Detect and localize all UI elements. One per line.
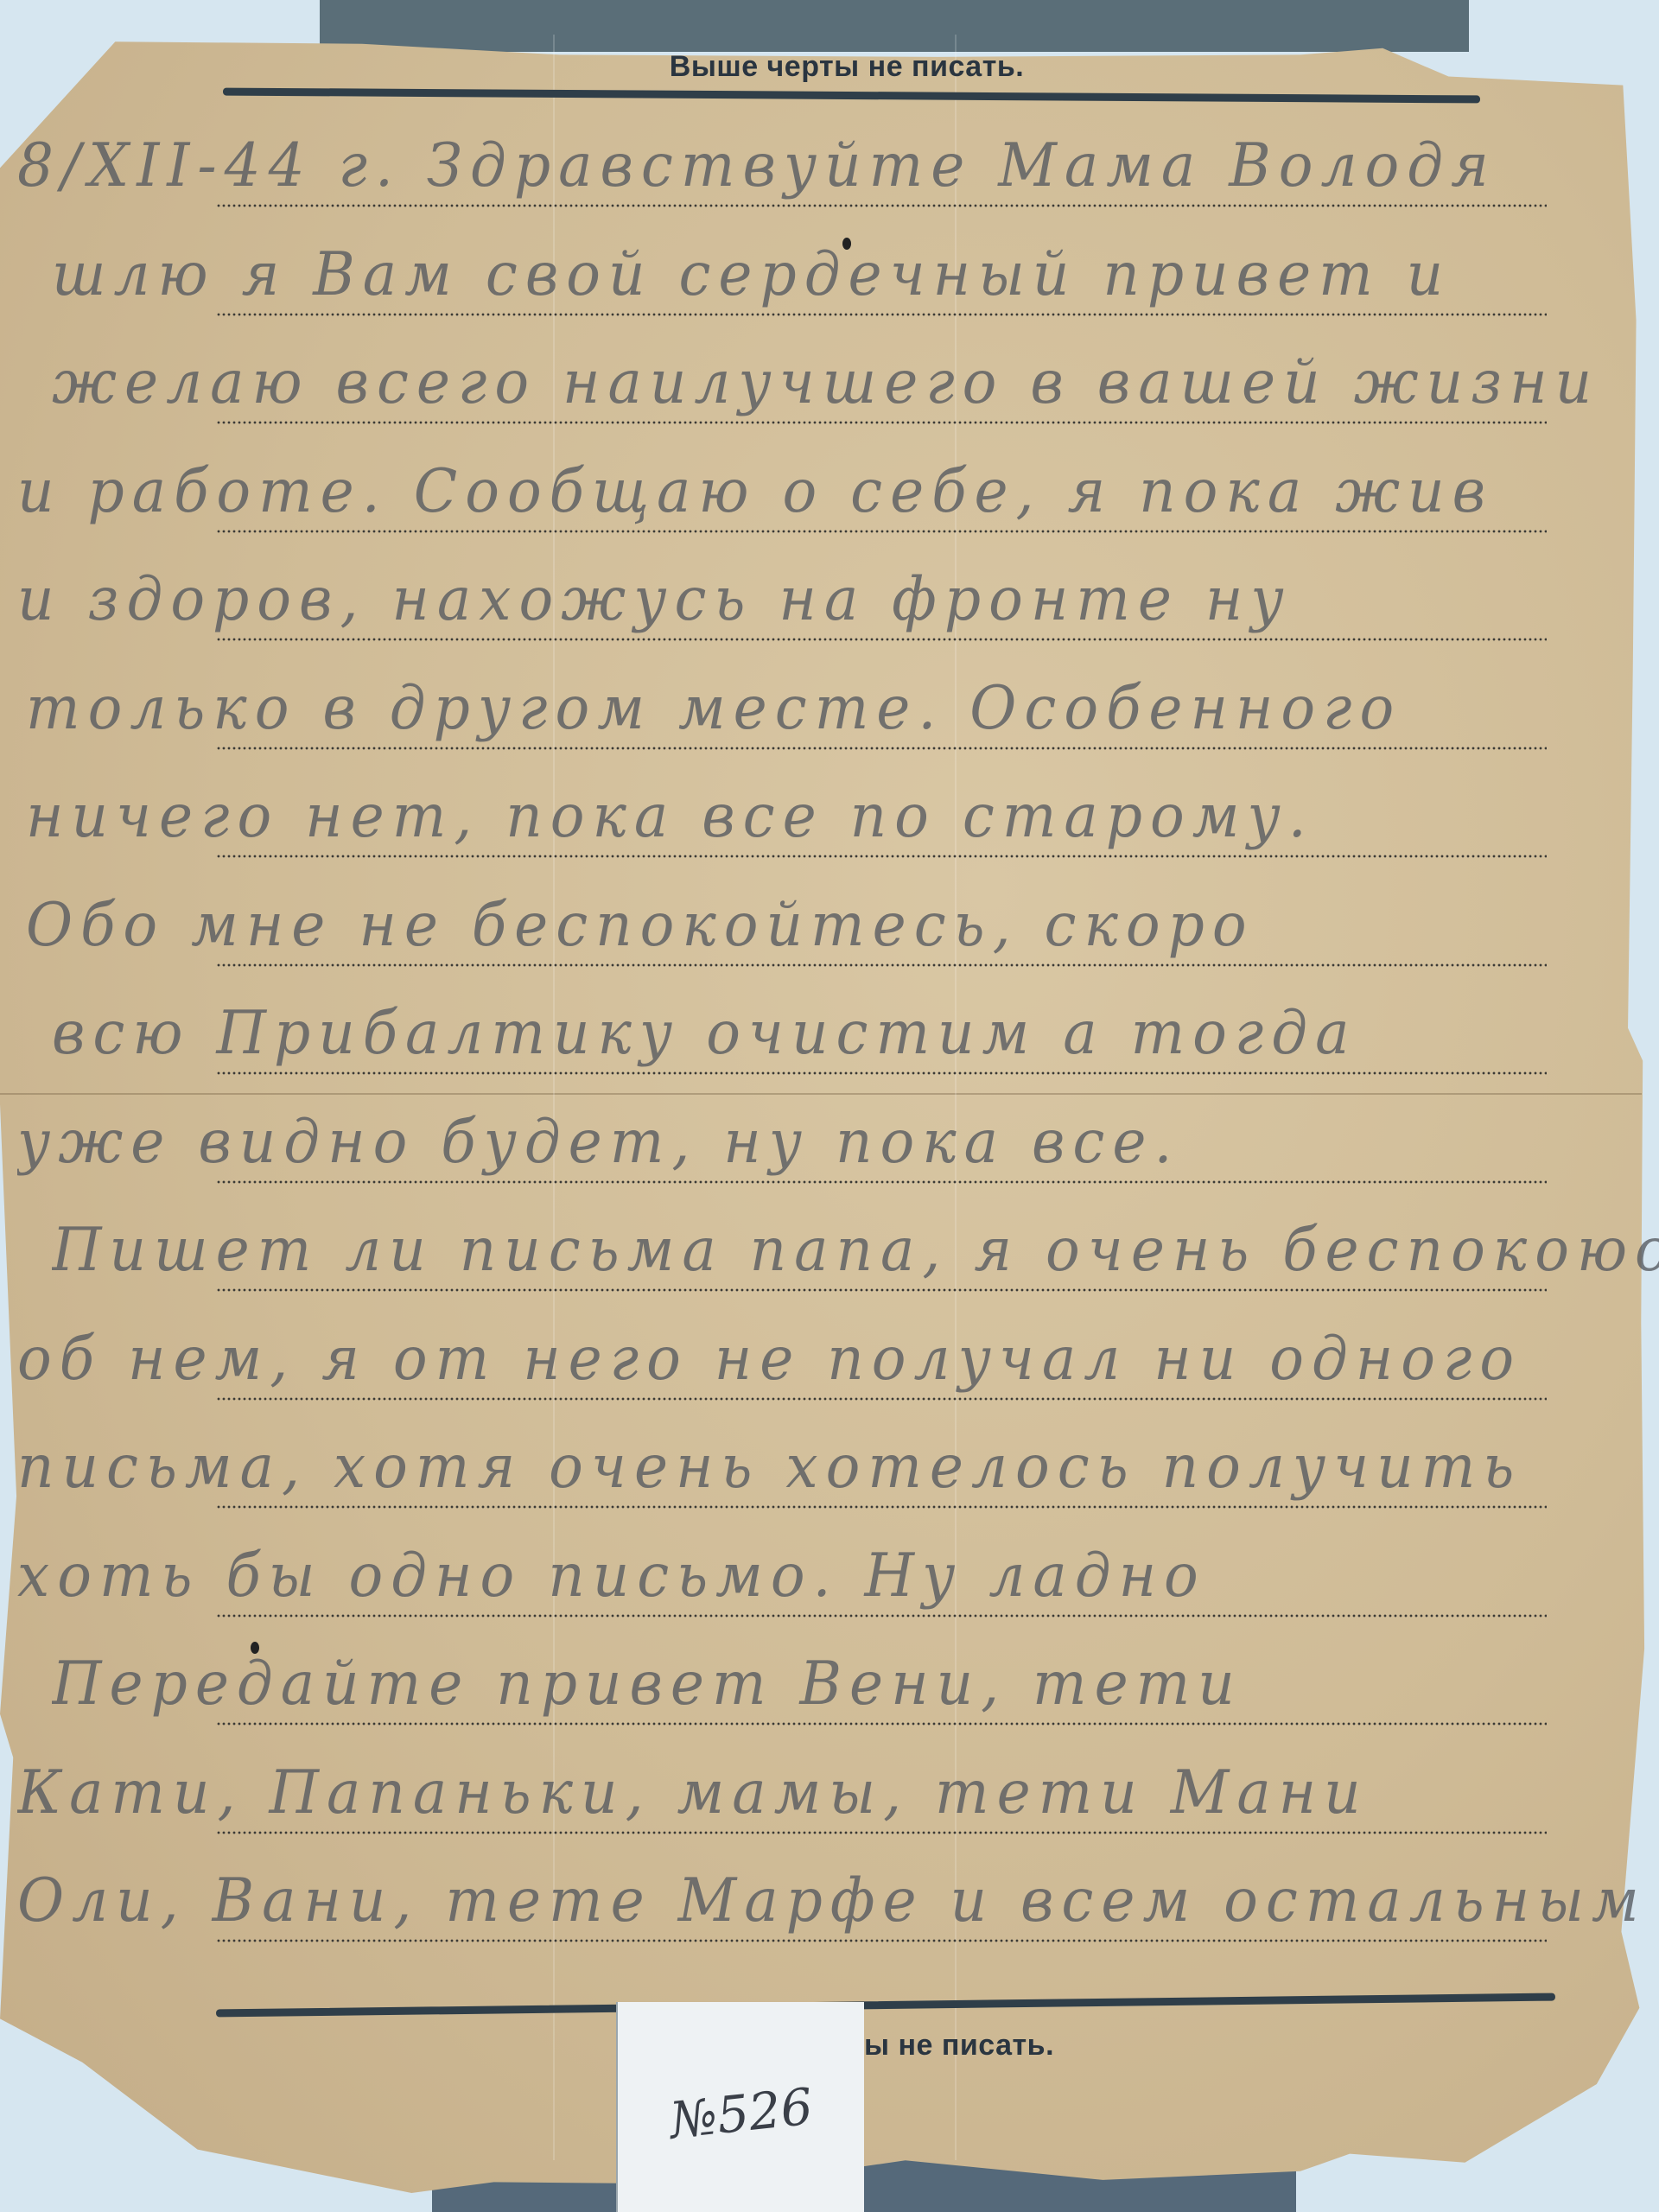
letter-line: хоть бы одно письмо. Ну ладно	[0, 1522, 1659, 1618]
handwritten-text: об нем, я от него не получал ни одного	[17, 1324, 1659, 1394]
dotted-guide-line	[216, 421, 1547, 424]
letter-line: уже видно будет, ну пока все.	[0, 1089, 1659, 1184]
dotted-guide-line	[216, 638, 1547, 641]
handwritten-text: уже видно будет, ну пока все.	[17, 1107, 1659, 1177]
dotted-guide-line	[216, 1614, 1547, 1618]
dotted-guide-line	[216, 855, 1547, 858]
handwritten-text: только в другом месте. Особенного	[26, 673, 1659, 743]
handwritten-text: желаю всего наилучшего в вашей жизни	[52, 347, 1659, 417]
handwritten-text: Передайте привет Вени, тети	[52, 1649, 1659, 1719]
handwritten-text: Пишет ли письма папа, я очень беспокоюсь	[52, 1215, 1659, 1285]
archive-number: №526	[667, 2077, 816, 2151]
letter-line: ничего нет, пока все по старому.	[0, 763, 1659, 858]
handwritten-text: Кати, Папаньки, мамы, тети Мани	[17, 1758, 1659, 1827]
pinhole-mark	[842, 238, 851, 250]
handwritten-text: и здоров, нахожусь на фронте ну	[17, 564, 1659, 634]
dotted-guide-line	[216, 963, 1547, 967]
dotted-guide-line	[216, 747, 1547, 750]
dotted-guide-line	[216, 1071, 1547, 1075]
handwritten-text: шлю я Вам свой сердечный привет и	[52, 239, 1659, 309]
dotted-guide-line	[216, 1831, 1547, 1834]
letter-line: только в другом месте. Особенного	[0, 655, 1659, 750]
dotted-guide-line	[216, 1722, 1547, 1726]
handwritten-text: ничего нет, пока все по старому.	[26, 781, 1659, 851]
letter-line: всю Прибалтику очистим а тогда	[0, 980, 1659, 1075]
handwritten-text: Обо мне не беспокойтесь, скоро	[26, 890, 1659, 960]
letter-line: Пишет ли письма папа, я очень беспокоюсь	[0, 1197, 1659, 1292]
letter-line: Оли, Вани, тете Марфе и всем остальным	[0, 1847, 1659, 1942]
dotted-guide-line	[216, 1180, 1547, 1184]
letter-line: Кати, Папаньки, мамы, тети Мани	[0, 1739, 1659, 1834]
dotted-guide-line	[216, 1397, 1547, 1401]
letter-line: 8/XII-44 г. Здравствуйте Мама Володя	[0, 112, 1659, 207]
handwritten-text: 8/XII-44 г. Здравствуйте Мама Володя	[17, 130, 1659, 200]
dotted-guide-line	[216, 530, 1547, 533]
letter-line: шлю я Вам свой сердечный привет и	[0, 221, 1659, 316]
letter-line: письма, хотя очень хотелось получить	[0, 1414, 1659, 1509]
handwritten-text: Оли, Вани, тете Марфе и всем остальным	[17, 1866, 1659, 1935]
letter-line: и здоров, нахожусь на фронте ну	[0, 546, 1659, 641]
letter-line: Обо мне не беспокойтесь, скоро	[0, 872, 1659, 967]
dotted-guide-line	[216, 204, 1547, 207]
dotted-guide-line	[216, 1939, 1547, 1942]
letter-line: и работе. Сообщаю о себе, я пока жив	[0, 438, 1659, 533]
printed-footer: ы не писать.	[130, 2029, 1659, 2063]
handwritten-text: и работе. Сообщаю о себе, я пока жив	[17, 456, 1659, 526]
handwritten-text: хоть бы одно письмо. Ну ладно	[17, 1541, 1659, 1611]
handwritten-text: всю Прибалтику очистим а тогда	[52, 998, 1659, 1068]
letter-line: желаю всего наилучшего в вашей жизни	[0, 329, 1659, 424]
dotted-guide-line	[216, 1505, 1547, 1509]
dotted-guide-line	[216, 313, 1547, 316]
archive-label-card: №526	[616, 2002, 864, 2212]
letter-body: 8/XII-44 г. Здравствуйте Мама Володяшлю …	[0, 0, 1659, 2212]
handwritten-text: письма, хотя очень хотелось получить	[17, 1432, 1659, 1502]
letter-line: Передайте привет Вени, тети	[0, 1630, 1659, 1726]
letter-line: об нем, я от него не получал ни одного	[0, 1306, 1659, 1401]
dotted-guide-line	[216, 1288, 1547, 1292]
pinhole-mark	[251, 1642, 259, 1654]
